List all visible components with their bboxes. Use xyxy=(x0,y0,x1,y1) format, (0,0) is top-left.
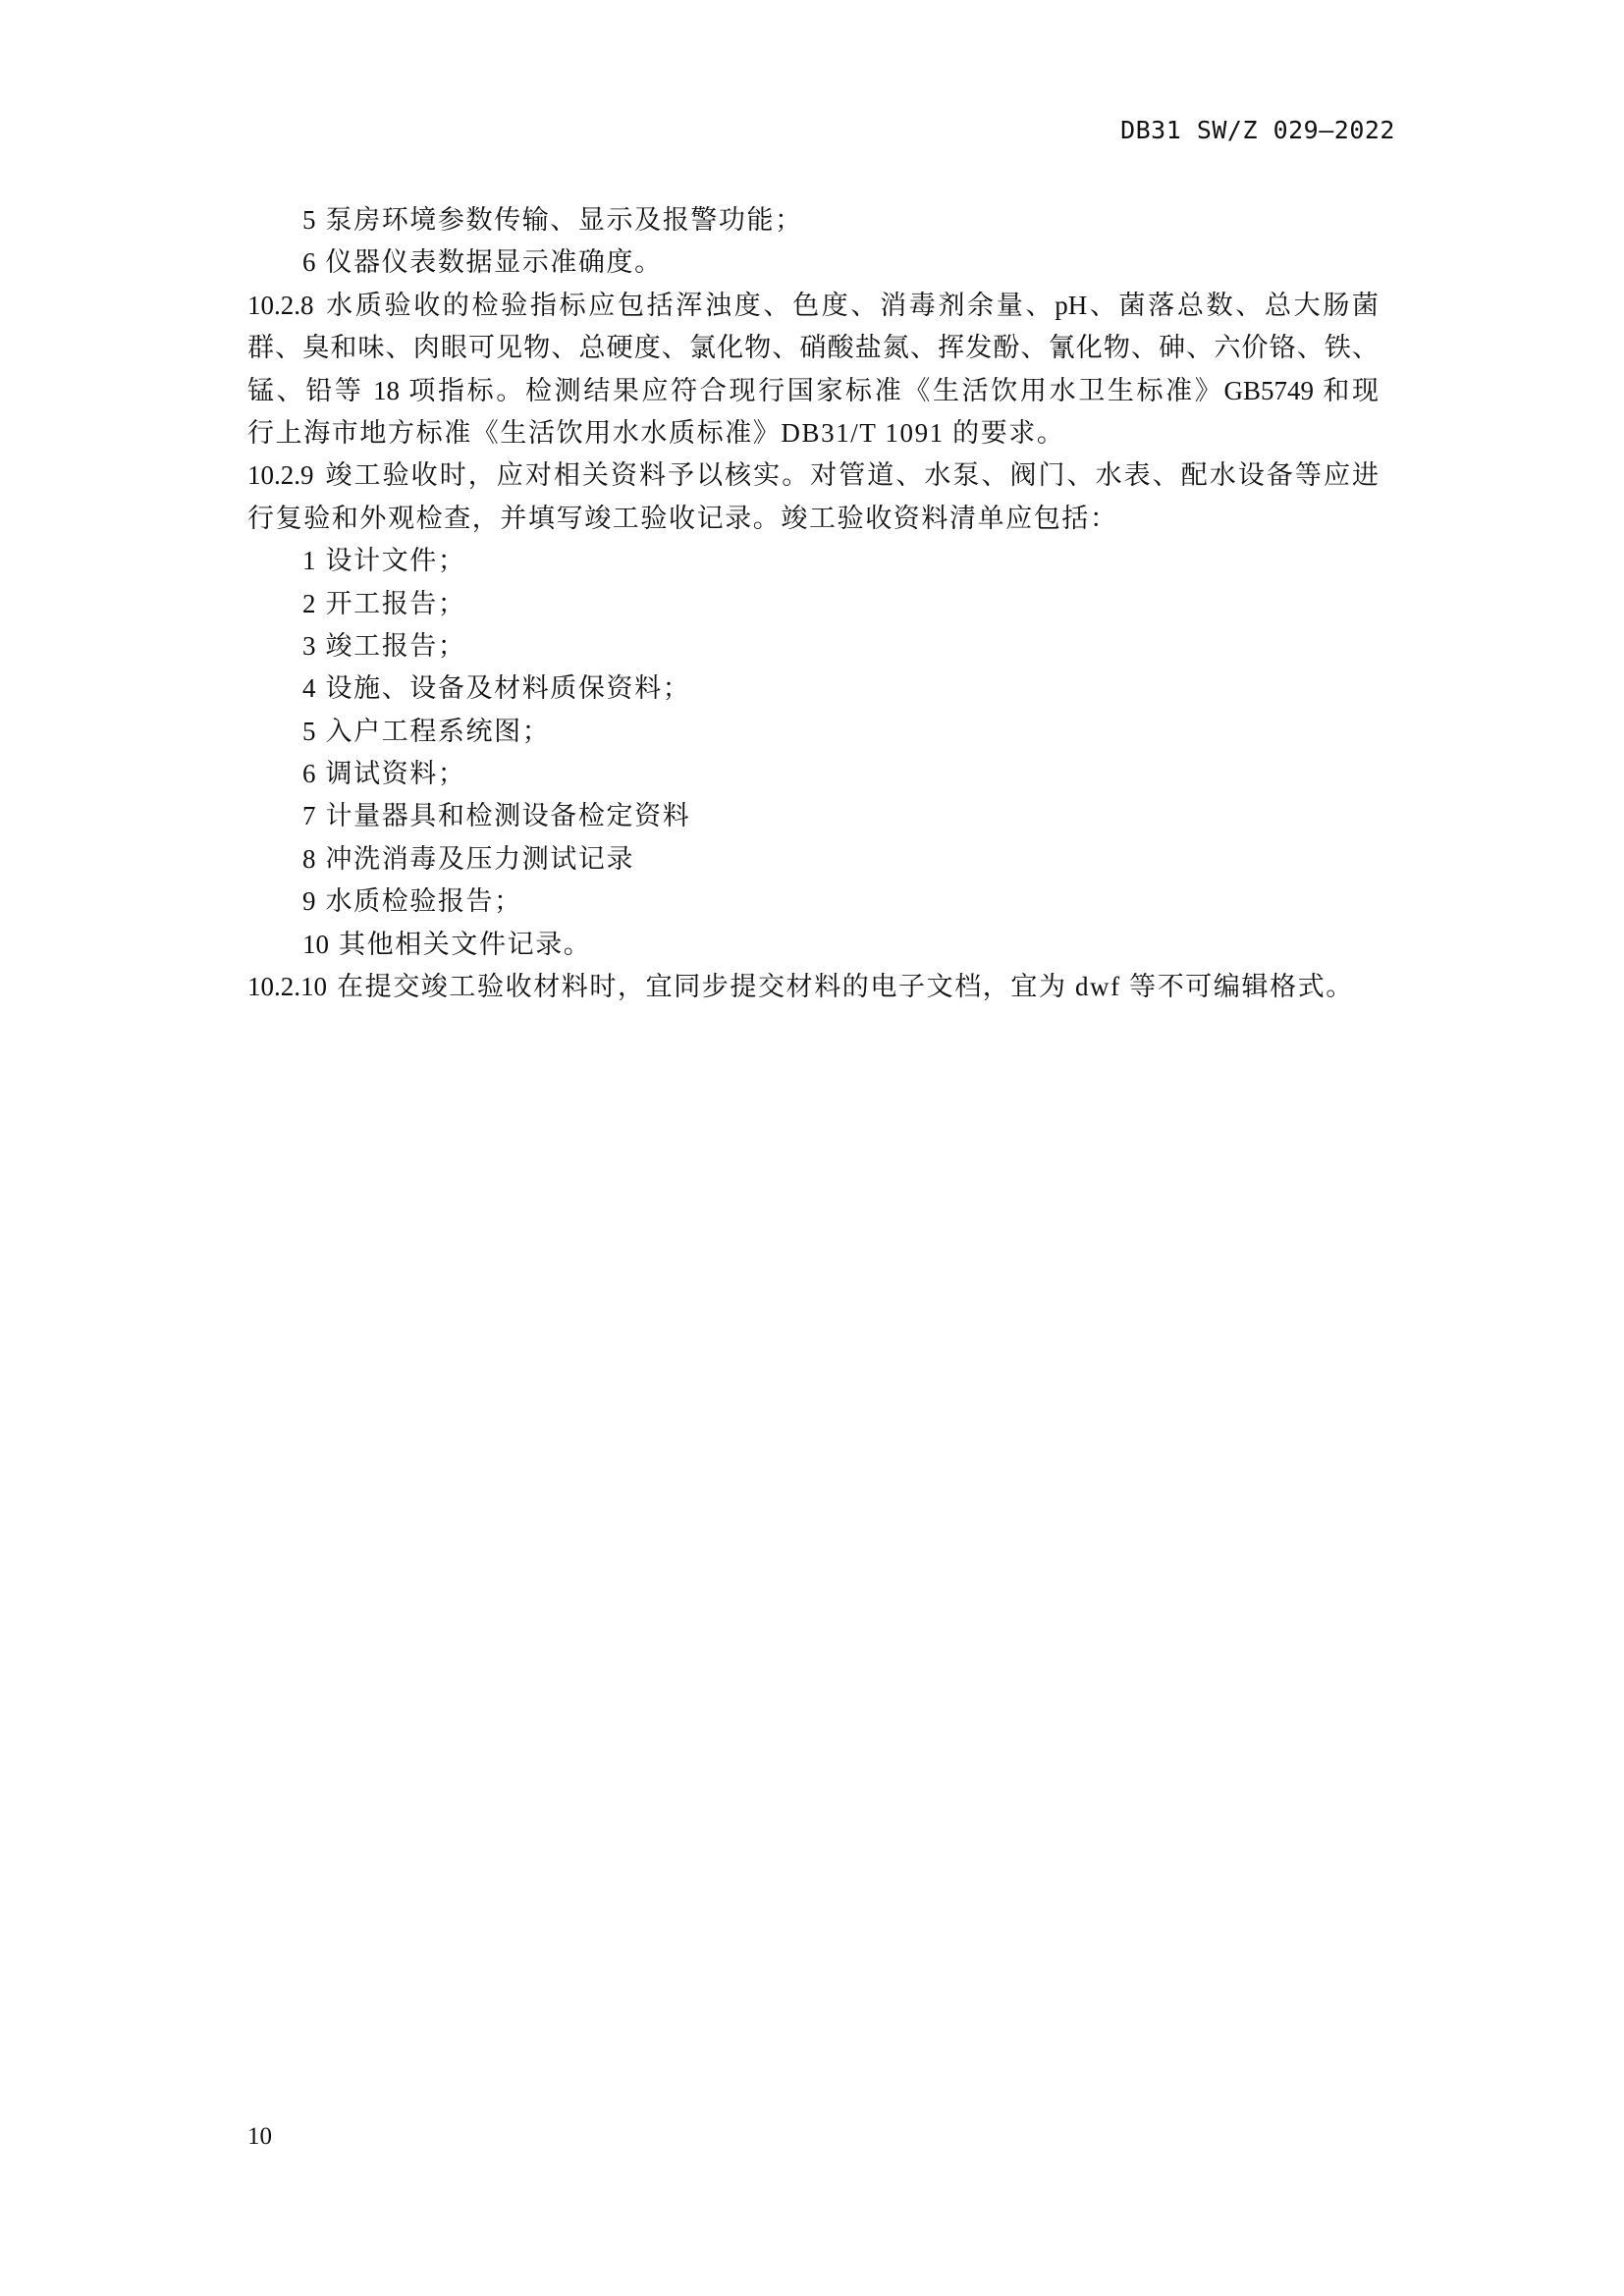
list-item: 1设计文件； xyxy=(247,540,1379,582)
list-item-number: 3 xyxy=(302,631,316,661)
list-item: 8冲洗消毒及压力测试记录 xyxy=(247,838,1379,881)
list-item-text: 仪器仪表数据显示准确度。 xyxy=(326,247,663,277)
list-item: 5入户工程系统图； xyxy=(247,711,1379,753)
clause-line: 10.2.10在提交竣工验收材料时，宜同步提交材料的电子文档，宜为 dwf 等不… xyxy=(247,966,1379,1008)
clause-10-2-9: 10.2.9竣工验收时，应对相关资料予以核实。对管道、水泵、阀门、水表、配水设备… xyxy=(247,454,1379,966)
list-item-number: 4 xyxy=(302,673,316,703)
list-item: 6调试资料； xyxy=(247,753,1379,795)
list-item-number: 5 xyxy=(302,205,316,235)
list-item: 4设施、设备及材料质保资料； xyxy=(247,667,1379,710)
clause-10-2-8: 10.2.8水质验收的检验指标应包括浑浊度、色度、消毒剂余量、pH、菌落总数、总… xyxy=(247,285,1379,455)
clause-text: 在提交竣工验收材料时，宜同步提交材料的电子文档，宜为 dwf 等不可编辑格式。 xyxy=(337,972,1354,1001)
list-item-text: 其他相关文件记录。 xyxy=(339,930,591,959)
list-item-number: 9 xyxy=(302,886,316,916)
list-item: 6仪器仪表数据显示准确度。 xyxy=(247,241,1379,284)
list-item: 3竣工报告； xyxy=(247,625,1379,667)
list-item-number: 6 xyxy=(302,247,316,277)
clause-line: 群、臭和味、肉眼可见物、总硬度、氯化物、硝酸盐氮、挥发酚、氰化物、砷、六价铬、铁… xyxy=(247,327,1379,369)
list-item-number: 8 xyxy=(302,844,316,874)
list-item-number: 6 xyxy=(302,759,316,788)
list-item-text: 竣工报告； xyxy=(326,631,466,661)
clause-10-2-10: 10.2.10在提交竣工验收材料时，宜同步提交材料的电子文档，宜为 dwf 等不… xyxy=(247,966,1379,1008)
clause-line: 10.2.8水质验收的检验指标应包括浑浊度、色度、消毒剂余量、pH、菌落总数、总… xyxy=(247,285,1379,327)
list-item-number: 7 xyxy=(302,801,316,830)
clause-line: 行上海市地方标准《生活饮用水水质标准》DB31/T 1091 的要求。 xyxy=(247,412,1379,454)
clause-number: 10.2.10 xyxy=(247,972,327,1001)
list-item-number: 2 xyxy=(302,589,316,618)
standard-code-header: DB31 SW/Z 029—2022 xyxy=(1120,116,1395,144)
list-item-text: 设施、设备及材料质保资料； xyxy=(326,673,691,703)
clause-text: 水质验收的检验指标应包括浑浊度、色度、消毒剂余量、pH、菌落总数、总大肠菌 xyxy=(324,291,1380,320)
list-item-text: 开工报告； xyxy=(326,589,466,618)
list-item: 7计量器具和检测设备检定资料 xyxy=(247,795,1379,837)
list-item: 10其他相关文件记录。 xyxy=(247,924,1379,966)
clause-line: 锰、铅等 18 项指标。检测结果应符合现行国家标准《生活饮用水卫生标准》GB57… xyxy=(247,370,1379,412)
list-item: 5泵房环境参数传输、显示及报警功能； xyxy=(247,199,1379,241)
clause-number: 10.2.8 xyxy=(247,291,314,320)
list-item: 9水质检验报告； xyxy=(247,881,1379,923)
list-item-text: 计量器具和检测设备检定资料 xyxy=(326,801,691,830)
clause-line: 10.2.9竣工验收时，应对相关资料予以核实。对管道、水泵、阀门、水表、配水设备… xyxy=(247,454,1379,497)
list-item-text: 调试资料； xyxy=(326,759,466,788)
list-item-number: 1 xyxy=(302,546,316,575)
list-item: 2开工报告； xyxy=(247,583,1379,625)
acceptance-document-list: 1设计文件； 2开工报告； 3竣工报告； 4设施、设备及材料质保资料； 5入户工… xyxy=(247,540,1379,966)
list-item-number: 5 xyxy=(302,717,316,746)
list-item-text: 设计文件； xyxy=(326,546,466,575)
list-item-text: 入户工程系统图； xyxy=(326,717,551,746)
clause-text: 竣工验收时，应对相关资料予以核实。对管道、水泵、阀门、水表、配水设备等应进 xyxy=(324,460,1380,490)
page-number: 10 xyxy=(247,2123,272,2151)
list-item-text: 泵房环境参数传输、显示及报警功能； xyxy=(326,205,803,235)
list-item-number: 10 xyxy=(302,930,329,959)
clause-line: 行复验和外观检查，并填写竣工验收记录。竣工验收资料清单应包括： xyxy=(247,498,1379,540)
list-item-text: 冲洗消毒及压力测试记录 xyxy=(326,844,635,874)
list-item-text: 水质检验报告； xyxy=(326,886,522,916)
clause-number: 10.2.9 xyxy=(247,460,314,490)
document-body: 5泵房环境参数传输、显示及报警功能； 6仪器仪表数据显示准确度。 10.2.8水… xyxy=(247,199,1379,1008)
